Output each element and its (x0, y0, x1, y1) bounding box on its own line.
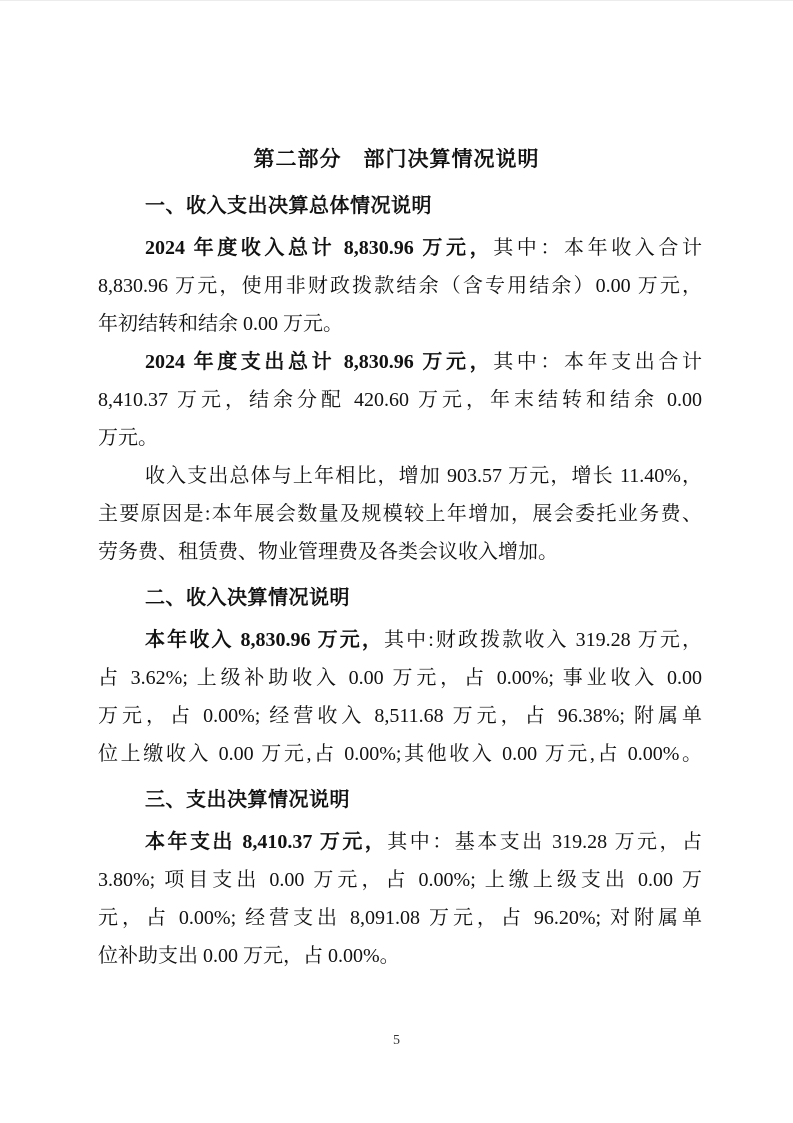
text-run: 元，占 0.00%; 经营支出 8,091.08 万元，占 96.20%; 对附… (98, 907, 702, 929)
text-run: 占 3.62%; 上级补助收入 0.00 万元，占 0.00%; 事业收入 0.… (98, 667, 702, 689)
section-heading: 一、收入支出决算总体情况说明 (98, 187, 702, 225)
section-heading: 二、收入决算情况说明 (98, 579, 702, 617)
text-line: 3.80%; 项目支出 0.00 万元，占 0.00%; 上缴上级支出 0.00… (98, 861, 702, 899)
section-heading: 三、支出决算情况说明 (98, 781, 702, 819)
document-page: 第二部分 部门决算情况说明 一、收入支出决算总体情况说明2024 年度收入总计 … (0, 0, 793, 1123)
document-title: 第二部分 部门决算情况说明 (0, 141, 793, 179)
text-line: 收入支出总体与上年相比，增加 903.57 万元，增长 11.40%， (98, 457, 702, 495)
text-run: 万元，占 0.00%; 经营收入 8,511.68 万元，占 96.38%; 附… (98, 705, 702, 727)
paragraph: 本年收入 8,830.96 万元，其中:财政拨款收入 319.28 万元，占 3… (98, 621, 702, 773)
text-line: 本年收入 8,830.96 万元，其中:财政拨款收入 319.28 万元， (98, 621, 702, 659)
text-run: 8,410.37 万元，结余分配 420.60 万元，年末结转和结余 0.00 (98, 389, 702, 411)
text-run: 其中：本年支出合计 (493, 351, 702, 373)
text-run: 劳务费、租赁费、物业管理费及各类会议收入增加。 (98, 541, 558, 563)
text-run: 其中:财政拨款收入 319.28 万元， (384, 629, 702, 651)
text-line: 位补助支出 0.00 万元，占 0.00%。 (98, 937, 702, 975)
text-run: 收入支出总体与上年相比，增加 903.57 万元，增长 11.40%， (145, 465, 702, 487)
text-run: 3.80%; 项目支出 0.00 万元，占 0.00%; 上缴上级支出 0.00… (98, 869, 702, 891)
text-line: 元，占 0.00%; 经营支出 8,091.08 万元，占 96.20%; 对附… (98, 899, 702, 937)
paragraph: 本年支出 8,410.37 万元，其中：基本支出 319.28 万元，占3.80… (98, 823, 702, 975)
text-run: 位补助支出 0.00 万元，占 0.00%。 (98, 945, 400, 967)
text-line: 万元。 (98, 419, 702, 457)
text-run: 主要原因是:本年展会数量及规模较上年增加，展会委托业务费、 (98, 503, 702, 525)
bold-text-run: 本年支出 8,410.37 万元， (145, 831, 387, 853)
text-run: 8,830.96 万元，使用非财政拨款结余（含专用结余）0.00 万元， (98, 275, 702, 297)
text-line: 劳务费、租赁费、物业管理费及各类会议收入增加。 (98, 533, 702, 571)
bold-text-run: 本年收入 8,830.96 万元， (145, 629, 384, 651)
text-run: 位上缴收入 0.00 万元,占 0.00%;其他收入 0.00 万元,占 0.0… (98, 743, 702, 765)
text-run: 万元。 (98, 427, 158, 449)
bold-text-run: 2024 年度收入总计 8,830.96 万元， (145, 237, 493, 259)
text-run: 其中：本年收入合计 (493, 237, 702, 259)
text-line: 2024 年度支出总计 8,830.96 万元，其中：本年支出合计 (98, 343, 702, 381)
text-line: 本年支出 8,410.37 万元，其中：基本支出 319.28 万元，占 (98, 823, 702, 861)
text-run: 年初结转和结余 0.00 万元。 (98, 313, 343, 335)
text-line: 占 3.62%; 上级补助收入 0.00 万元，占 0.00%; 事业收入 0.… (98, 659, 702, 697)
bold-text-run: 2024 年度支出总计 8,830.96 万元， (145, 351, 493, 373)
text-line: 位上缴收入 0.00 万元,占 0.00%;其他收入 0.00 万元,占 0.0… (98, 735, 702, 773)
text-line: 8,830.96 万元，使用非财政拨款结余（含专用结余）0.00 万元， (98, 267, 702, 305)
text-line: 8,410.37 万元，结余分配 420.60 万元，年末结转和结余 0.00 (98, 381, 702, 419)
text-line: 年初结转和结余 0.00 万元。 (98, 305, 702, 343)
page-number: 5 (0, 1033, 793, 1049)
paragraph: 收入支出总体与上年相比，增加 903.57 万元，增长 11.40%，主要原因是… (98, 457, 702, 571)
text-run: 其中：基本支出 319.28 万元，占 (387, 831, 702, 853)
text-line: 主要原因是:本年展会数量及规模较上年增加，展会委托业务费、 (98, 495, 702, 533)
text-line: 2024 年度收入总计 8,830.96 万元，其中：本年收入合计 (98, 229, 702, 267)
document-body: 一、收入支出决算总体情况说明2024 年度收入总计 8,830.96 万元，其中… (98, 179, 702, 975)
text-line: 万元，占 0.00%; 经营收入 8,511.68 万元，占 96.38%; 附… (98, 697, 702, 735)
paragraph: 2024 年度收入总计 8,830.96 万元，其中：本年收入合计8,830.9… (98, 229, 702, 343)
paragraph: 2024 年度支出总计 8,830.96 万元，其中：本年支出合计8,410.3… (98, 343, 702, 457)
